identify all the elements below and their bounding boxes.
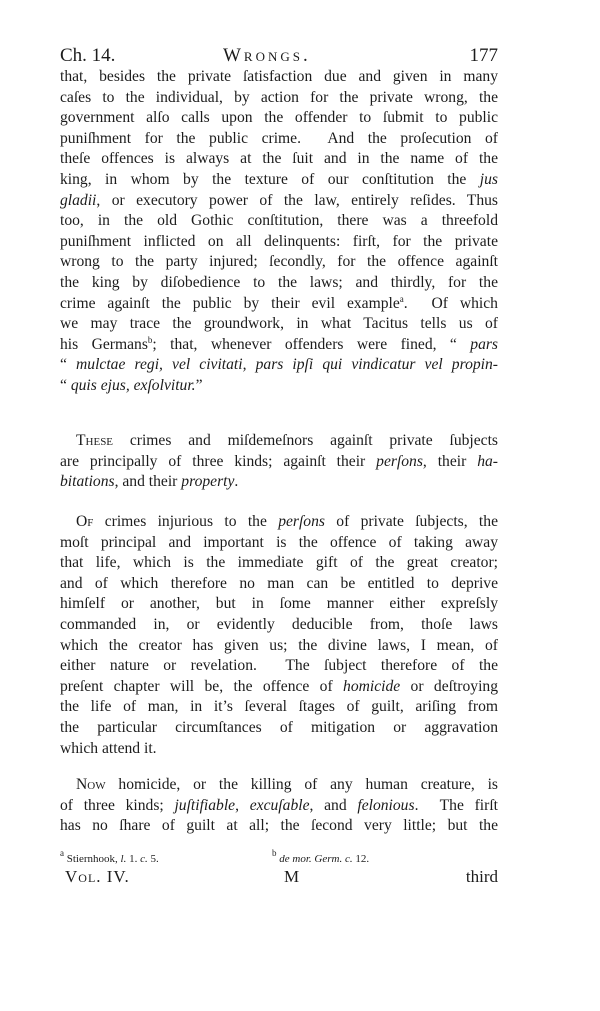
text-line: puniſhment inflicted on all delinquents:… xyxy=(60,232,498,253)
text-line: the king by diſobedience to the laws; an… xyxy=(60,273,498,294)
paragraph-2: These crimes and miſdemeſnors againſt pr… xyxy=(60,431,498,493)
text-line: caſes to the individual, by action for t… xyxy=(60,88,498,109)
running-head: Ch. 14. Wrongs. 177 xyxy=(60,45,498,67)
text-line: which attend it. xyxy=(60,739,498,760)
footnote-b: b de mor. Germ. c. 12. xyxy=(272,853,369,865)
text-line: has no ſhare of guilt at all; the ſecond… xyxy=(60,816,498,837)
text-line: government alſo calls upon the offender … xyxy=(60,108,498,129)
footnote-a: a Stiernhook, l. 1. c. 5. xyxy=(60,853,159,865)
text-line: that, besides the private ſatisfaction d… xyxy=(60,67,498,88)
paragraph-1: that, besides the private ſatisfaction d… xyxy=(60,67,498,397)
paragraph-3: Of crimes injurious to the perſons of pr… xyxy=(60,512,498,759)
text-line: that life, which is the immediate gift o… xyxy=(60,553,498,574)
footnote-ref-b: b xyxy=(148,335,153,345)
text-line: of three kinds; juſtifiable, excuſable, … xyxy=(60,796,498,817)
chapter-label: Ch. 14. xyxy=(60,45,115,67)
text-line: “ quis ejus, exſolvitur.” xyxy=(60,376,498,397)
text-line: bitations, and their property. xyxy=(60,472,498,493)
footnote-ref-a: a xyxy=(400,294,404,304)
page-number: 177 xyxy=(470,45,499,67)
text-line: These crimes and miſdemeſnors againſt pr… xyxy=(60,431,498,452)
text-line: the life of man, in it’s ſeveral ſtages … xyxy=(60,697,498,718)
page-title: Wrongs. xyxy=(223,45,311,67)
paragraph-4: Now homicide, or the killing of any huma… xyxy=(60,775,498,837)
text-line: and of which therefore no man can be ent… xyxy=(60,574,498,595)
text-line: we may trace the groundwork, in what Tac… xyxy=(60,314,498,335)
text-line: the particular circumſtances of mitigati… xyxy=(60,718,498,739)
text-line: his Germansb; that, whenever offenders w… xyxy=(60,335,498,356)
text-line: theſe offences is always at the ſuit and… xyxy=(60,149,498,170)
text-line: either nature or revelation. The ſubject… xyxy=(60,656,498,677)
text-line: puniſhment for the public crime. And the… xyxy=(60,129,498,150)
text-line: too, in the old Gothic conſtitution, the… xyxy=(60,211,498,232)
text-line: Now homicide, or the killing of any huma… xyxy=(60,775,498,796)
text-line: himſelf or another, but in ſome manner e… xyxy=(60,594,498,615)
text-line: wrong to the party injured; ſecondly, fo… xyxy=(60,252,498,273)
text-line: crime againſt the public by their evil e… xyxy=(60,294,498,315)
signature-mark: M xyxy=(284,867,299,887)
text-line: are principally of three kinds; againſt … xyxy=(60,452,498,473)
text-line: commanded in, or evidently deducible fro… xyxy=(60,615,498,636)
text-line: king, in whom by the texture of our conſ… xyxy=(60,170,498,191)
text-line: preſent chapter will be, the offence of … xyxy=(60,677,498,698)
text-line: gladii, or executory power of the law, e… xyxy=(60,191,498,212)
catchword: third xyxy=(466,867,498,887)
text-line: Of crimes injurious to the perſons of pr… xyxy=(60,512,498,533)
volume-label: Vol. IV. xyxy=(65,867,130,887)
text-line: which the creator has given us; the divi… xyxy=(60,636,498,657)
text-line: “ mulctae regi, vel civitati, pars ipſi … xyxy=(60,355,498,376)
text-line: moſt principal and important is the offe… xyxy=(60,533,498,554)
